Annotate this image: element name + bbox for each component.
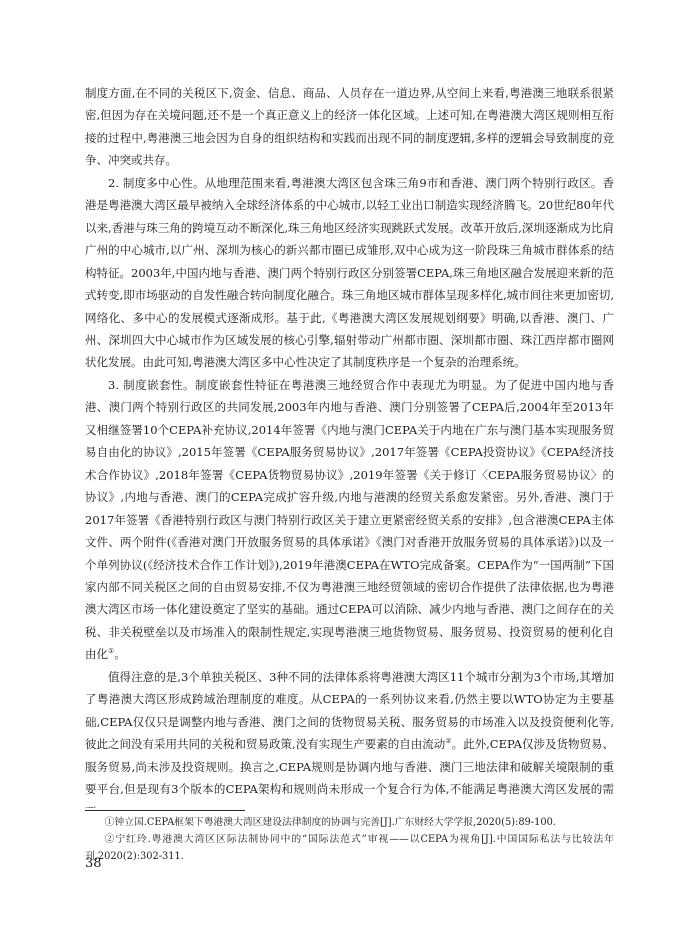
footnotes-list: ①钟立国.CEPA框架下粤港澳大湾区建设法律制度的协调与完善[J].广东财经大学… (85, 814, 614, 866)
paragraph: 值得注意的是,3个单独关税区、3种不同的法律体系将粤港澳大湾区11个城市分割为3… (85, 666, 614, 808)
footnote-marker: ② (105, 834, 116, 845)
document-page: 制度方面,在不同的关税区下,资金、信息、商品、人员存在一道边界,从空间上来看,粤… (0, 0, 700, 943)
text-run: 。 (114, 647, 126, 661)
text-run: 制度方面,在不同的关税区下,资金、信息、商品、人员存在一道边界,从空间上来看,粤… (85, 86, 614, 167)
body-paragraphs: 制度方面,在不同的关税区下,资金、信息、商品、人员存在一道边界,从空间上来看,粤… (85, 82, 614, 808)
footnote-text: 宁红玲.粤港澳大湾区区际法制协同中的“国际法范式”审视——以CEPA为视角[J]… (85, 834, 614, 862)
page-number: 38 (85, 856, 102, 871)
footnote-item: ②宁红玲.粤港澳大湾区区际法制协同中的“国际法范式”审视——以CEPA为视角[J… (85, 831, 614, 865)
text-run: 2. 制度多中心性。从地理范围来看,粤港澳大湾区包含珠三角9市和香港、澳门两个特… (85, 176, 614, 370)
paragraph: 制度方面,在不同的关税区下,资金、信息、商品、人员存在一道边界,从空间上来看,粤… (85, 82, 614, 172)
footnote-marker: ① (105, 817, 115, 828)
text-run: 3. 制度嵌套性。制度嵌套性特征在粤港澳三地经贸合作中表现尤为明显。为了促进中国… (85, 378, 614, 661)
footnote-text: 钟立国.CEPA框架下粤港澳大湾区建设法律制度的协调与完善[J].广东财经大学学… (114, 817, 556, 828)
paragraph: 2. 制度多中心性。从地理范围来看,粤港澳大湾区包含珠三角9市和香港、澳门两个特… (85, 172, 614, 374)
footnote-divider (85, 810, 245, 811)
footnote-item: ①钟立国.CEPA框架下粤港澳大湾区建设法律制度的协调与完善[J].广东财经大学… (85, 814, 614, 831)
paragraph: 3. 制度嵌套性。制度嵌套性特征在粤港澳三地经贸合作中表现尤为明显。为了促进中国… (85, 374, 614, 666)
